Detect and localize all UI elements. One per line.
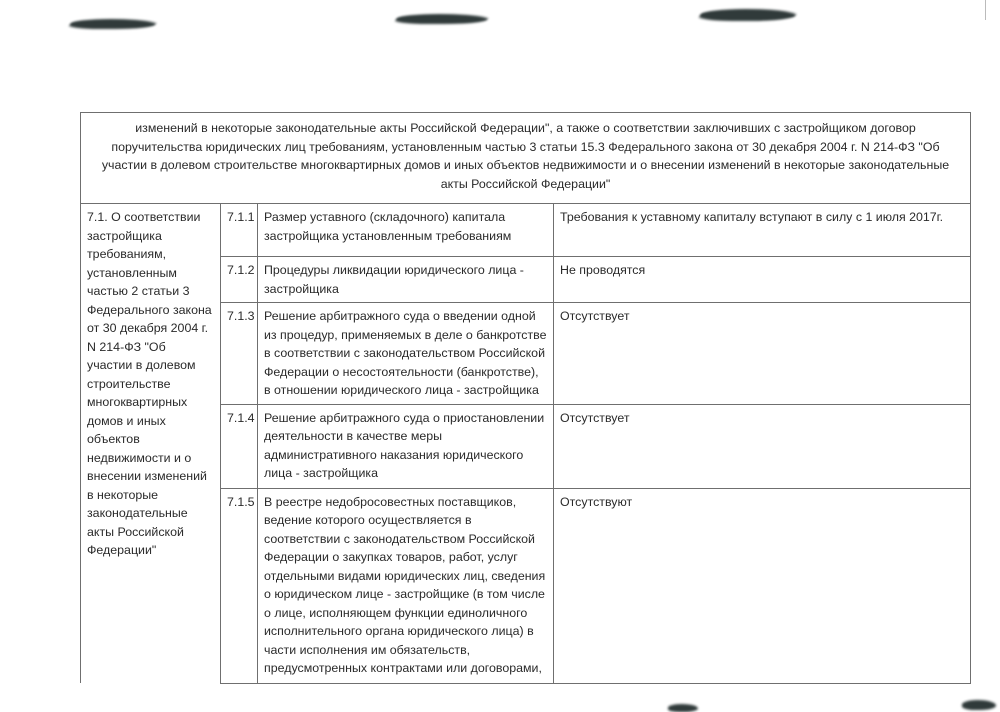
row-number: 7.1.1 [221,204,258,257]
row-value: Отсутствует [554,303,971,405]
table-header-row: изменений в некоторые законодательные ак… [81,113,971,204]
scan-artifact [668,704,698,712]
row-value: Требования к уставному капиталу вступают… [554,204,971,257]
row-number: 7.1.5 [221,488,258,683]
scan-artifact [394,14,490,24]
row-name: Размер уставного (складочного) капитала … [258,204,554,257]
page-edge [985,0,986,20]
row-name: Решение арбитражного суда о приостановле… [258,404,554,488]
section-title: 7.1. О соответствии застройщика требован… [81,204,221,684]
row-number: 7.1.2 [221,257,258,303]
row-name: В реестре недобросовестных поставщиков, … [258,488,554,683]
header-text: изменений в некоторые законодательные ак… [81,113,971,204]
row-value: Не проводятся [554,257,971,303]
scan-artifact [962,700,996,710]
document-table: изменений в некоторые законодательные ак… [80,112,971,684]
row-number: 7.1.3 [221,303,258,405]
row-name: Процедуры ликвидации юридического лица -… [258,257,554,303]
table-row: 7.1. О соответствии застройщика требован… [81,204,971,257]
row-number: 7.1.4 [221,404,258,488]
row-value: Отсутствует [554,404,971,488]
row-name: Решение арбитражного суда о введении одн… [258,303,554,405]
scan-artifact [698,9,798,21]
row-value: Отсутствуют [554,488,971,683]
scan-artifact [68,19,158,29]
